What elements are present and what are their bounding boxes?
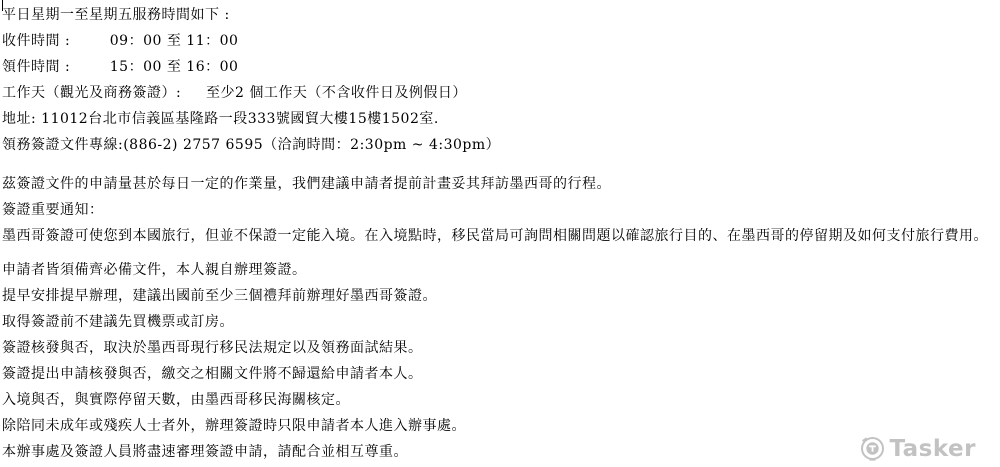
address-line: 地址: 11012台北市信義區基隆路一段333號國貿大樓15樓1502室. (2, 106, 1000, 132)
phone-line: 領務簽證文件專線:(886-2) 2757 6595（洽詢時間：2:30pm ~… (2, 132, 1000, 158)
receive-time-line: 收件時間 : 09：00 至 11：00 (2, 28, 1000, 54)
rule-line: 提早安排提早辦理，建議出國前至少三個禮拜前辦理好墨西哥簽證。 (2, 283, 1000, 309)
rule-line: 申請者皆須備齊必備文件，本人親自辦理簽證。 (2, 257, 1000, 283)
rule-line: 本辦事處及簽證人員將盡速審理簽證申請，請配合並相互尊重。 (2, 439, 1000, 465)
rule-line: 除陪同未成年或殘疾人士者外，辦理簽證時只限申請者本人進入辦事處。 (2, 413, 1000, 439)
notice-heading: 簽證重要通知： (2, 197, 1000, 223)
watermark-label: Tasker (889, 436, 976, 462)
service-hours-header: 平日星期一至星期五服務時間如下 : (2, 2, 1000, 28)
rule-line: 取得簽證前不建議先買機票或訂房。 (2, 309, 1000, 335)
pickup-time-line: 領件時間 : 15：00 至 16：00 (2, 54, 1000, 80)
working-days-line: 工作天（觀光及商務簽證）: 至少2 個工作天（不含收件日及例假日） (2, 80, 1000, 106)
tasker-logo-icon (859, 435, 886, 462)
rule-line: 簽證核發與否，取決於墨西哥現行移民法規定以及領務面試結果。 (2, 335, 1000, 361)
notice-body: 墨西哥簽證可使您到本國旅行，但並不保證一定能入境。在入境點時，移民當局可詢問相關… (2, 223, 1000, 249)
watermark: Tasker (859, 435, 976, 462)
rule-line: 簽證提出申請核發與否，繳交之相關文件將不歸還給申請者本人。 (2, 361, 1000, 387)
rule-line: 入境與否，與實際停留天數，由墨西哥移民海關核定。 (2, 387, 1000, 413)
notice-intro: 茲簽證文件的申請量甚於每日一定的作業量，我們建議申請者提前計畫妥其拜訪墨西哥的行… (2, 171, 1000, 197)
document-body: 平日星期一至星期五服務時間如下 : 收件時間 : 09：00 至 11：00 領… (2, 2, 1000, 465)
